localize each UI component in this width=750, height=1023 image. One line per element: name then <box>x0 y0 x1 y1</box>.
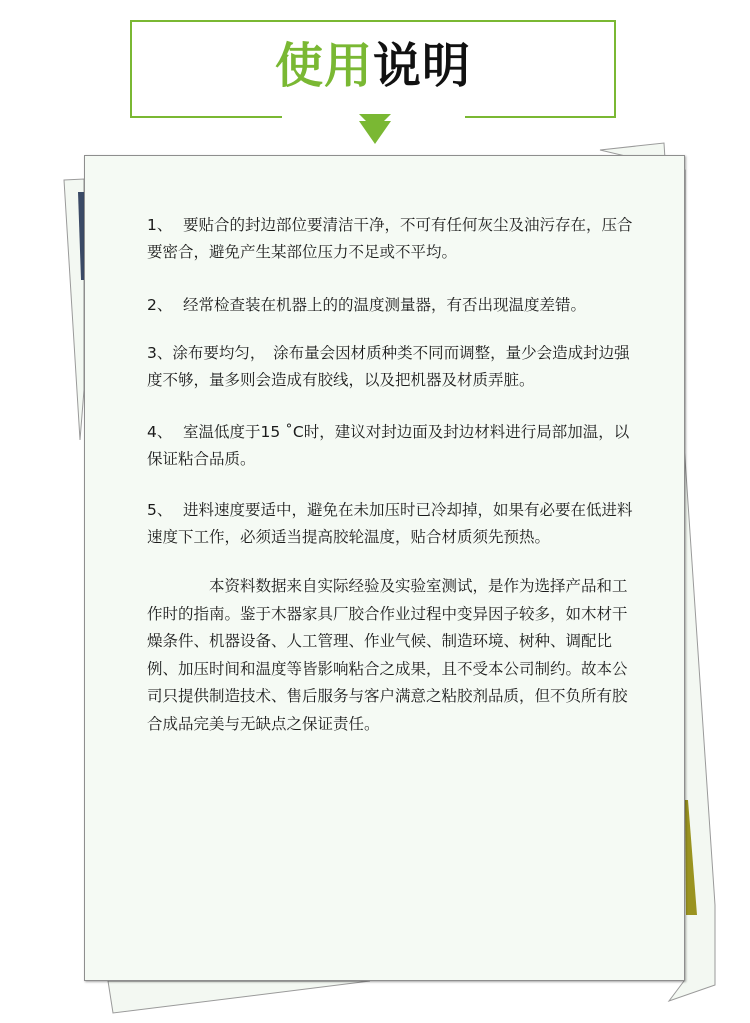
instruction-item-3: 3、涂布要均匀， 涂布量会因材质种类不同而调整，量少会造成封边强度不够，量多则会… <box>147 340 637 394</box>
instruction-number: 5、 <box>147 497 183 524</box>
instruction-item-1: 1、要贴合的封边部位要清洁干净，不可有任何灰尘及油污存在，压合要密合，避免产生某… <box>147 212 637 266</box>
instruction-text: 要贴合的封边部位要清洁干净，不可有任何灰尘及油污存在，压合要密合，避免产生某部位… <box>147 216 633 261</box>
disclaimer-paragraph: 本资料数据来自实际经验及实验室测试，是作为选择产品和工作时的指南。鉴于木器家具厂… <box>147 573 637 738</box>
instruction-item-5: 5、进料速度要适中，避免在未加压时已冷却掉，如果有必要在低进料速度下工作，必须适… <box>147 497 637 551</box>
instruction-number: 2、 <box>147 292 183 319</box>
instruction-item-4: 4、室温低度于15 ˚C时，建议对封边面及封边材料进行局部加温，以保证粘合品质。 <box>147 419 637 473</box>
instruction-text: 室温低度于15 ˚C时，建议对封边面及封边材料进行局部加温，以保证粘合品质。 <box>147 423 629 468</box>
instruction-content: 1、要贴合的封边部位要清洁干净，不可有任何灰尘及油污存在，压合要密合，避免产生某… <box>147 212 637 738</box>
instruction-text: 涂布要均匀， 涂布量会因材质种类不同而调整，量少会造成封边强度不够，量多则会造成… <box>147 344 630 389</box>
instruction-text: 进料速度要适中，避免在未加压时已冷却掉，如果有必要在低进料速度下工作，必须适当提… <box>147 501 633 546</box>
instruction-text: 经常检查装在机器上的的温度测量器，有否出现温度差错。 <box>183 296 586 314</box>
instruction-number: 4、 <box>147 419 183 446</box>
instruction-number: 1、 <box>147 212 183 239</box>
instruction-number: 3、 <box>147 340 172 367</box>
instruction-item-2: 2、经常检查装在机器上的的温度测量器，有否出现温度差错。 <box>147 292 637 319</box>
